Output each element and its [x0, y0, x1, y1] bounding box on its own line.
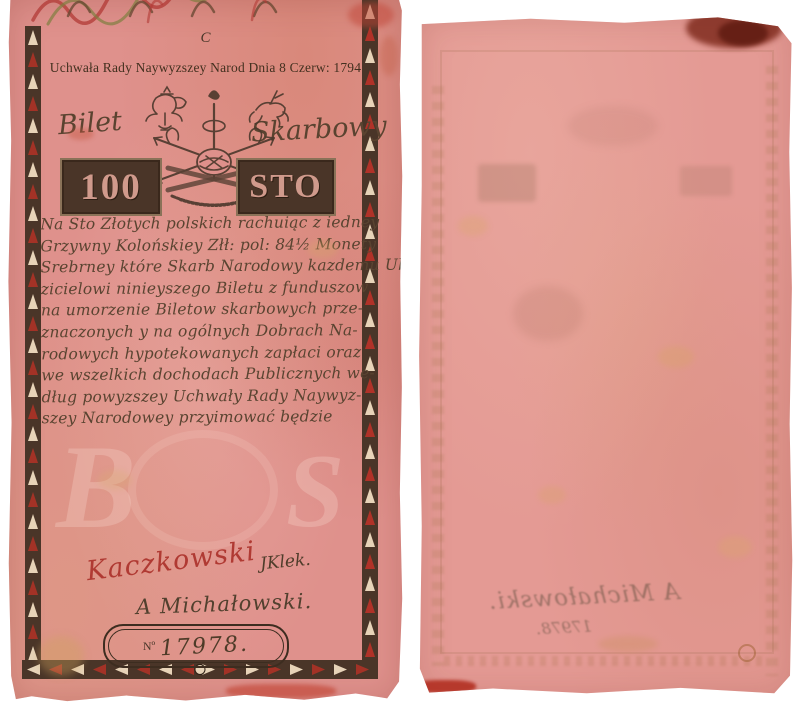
- obligation-text: Na Sto Złotych polskich rachuiąc z iedne…: [40, 212, 403, 431]
- showthrough-o-mark: [738, 644, 756, 662]
- banknote-back: A Michałowski. 17978.: [418, 16, 793, 696]
- body-text-line: Grzywny Kolońskiey Złł: pol: 84½ Monety: [40, 233, 403, 257]
- showthrough-serial: 17978.: [536, 617, 593, 639]
- denomination-100: 100: [80, 166, 142, 209]
- stain-bottom-left: [418, 680, 476, 693]
- serial-number: 17978.: [160, 631, 250, 661]
- denomination-sto-box: STO: [236, 158, 336, 216]
- ornamental-calligraphy-band: [28, 0, 383, 32]
- body-text-line: Na Sto Złotych polskich rachuiąc z iedne…: [40, 212, 403, 236]
- showthrough-box: [478, 164, 536, 202]
- border-left-triangles: [25, 26, 41, 666]
- watermark-letter-s: S: [286, 430, 344, 551]
- denomination-100-box: 100: [60, 158, 162, 216]
- serial-prefix: Nº: [143, 639, 155, 654]
- stain: [226, 684, 336, 698]
- body-text-line: Srebrney które Skarb Narodowy kazdemu Uk…: [41, 255, 403, 279]
- body-text-line: znaczonych y na ogólnych Dobrach Na-: [41, 320, 403, 344]
- foxing-spot: [538, 486, 566, 504]
- stain: [68, 128, 94, 140]
- header-decree-line: Uchwała Rady Naywyzszey Narod Dnia 8 Cze…: [8, 60, 403, 76]
- body-text-line: dług powyzszey Uchwały Rady Naywyz-: [41, 384, 403, 408]
- serial-cartouche: Nº 17978.: [103, 624, 289, 668]
- foxing-spot: [458, 216, 488, 236]
- stain: [38, 636, 84, 676]
- series-letter: C: [8, 30, 403, 47]
- body-text-line: rodowych hypotekowanych zapłaci oraz: [41, 341, 403, 365]
- stain: [380, 36, 398, 76]
- stain: [98, 470, 132, 490]
- showthrough-smudge: [568, 106, 658, 146]
- signature-michalowski: A Michałowski.: [136, 589, 313, 619]
- foxing-spot: [598, 636, 658, 652]
- denomination-sto: STO: [249, 168, 322, 206]
- scan-background: C Uchwała Rady Naywyzszey Narod Dnia 8 C…: [0, 0, 800, 706]
- watermark-circle: [128, 430, 278, 550]
- stain: [308, 240, 338, 258]
- foxing-spot: [718, 536, 752, 558]
- body-text-line: we wszelkich dochodach Publicznych we-: [41, 363, 403, 387]
- body-text-line: zicielowi ninieyszego Biletu z funduszow: [41, 276, 403, 300]
- foxing-spot: [658, 346, 694, 368]
- signature-second: JKlek.: [259, 550, 311, 574]
- stain: [348, 2, 394, 28]
- showthrough-smudge: [513, 286, 583, 341]
- showthrough-border-bottom: [444, 656, 764, 666]
- body-text-line: na umorzenie Biletow skarbowych prze-: [41, 298, 403, 322]
- serial-cartouche-inner: Nº 17978.: [108, 629, 284, 663]
- stain-top-right: [718, 20, 768, 46]
- banknote-front: C Uchwała Rady Naywyzszey Narod Dnia 8 C…: [8, 0, 403, 704]
- showthrough-box: [680, 166, 732, 196]
